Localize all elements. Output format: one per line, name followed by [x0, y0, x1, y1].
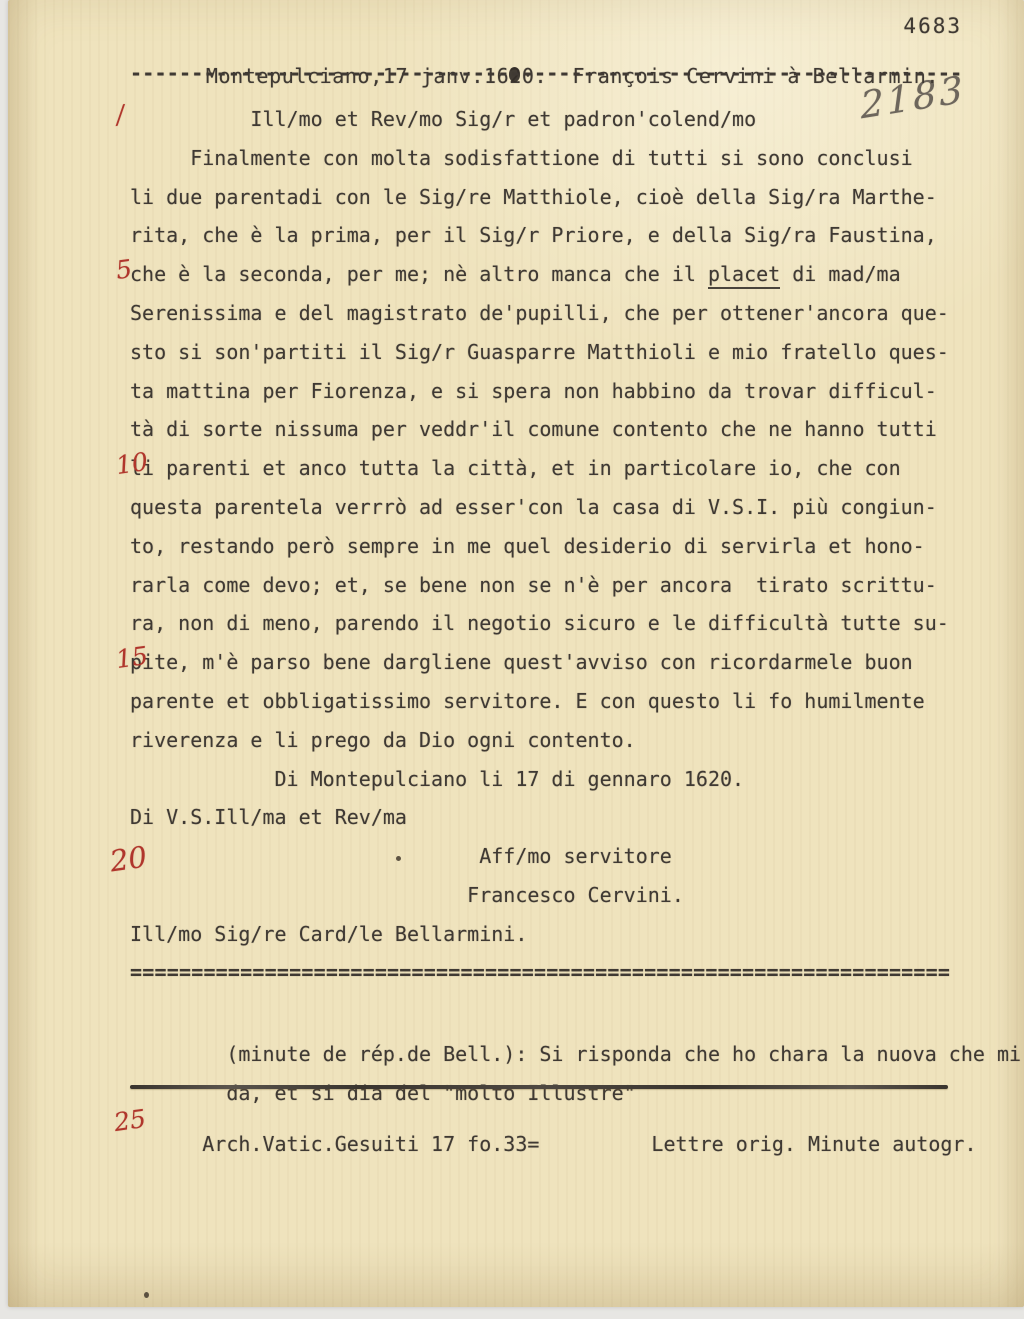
line-text: rita, che è la prima, per il Sig/r Prior…	[130, 223, 937, 247]
letter-line: tà di sorte nissuma per veddr'il comune …	[130, 410, 984, 449]
line-text: Ill/mo et Rev/mo Sig/r et padron'colend/…	[130, 107, 756, 131]
line-text: pite, m'è parso bene dargliene quest'avv…	[130, 650, 913, 674]
line-text: Finalmente con molta sodisfattione di tu…	[130, 146, 913, 170]
line-text: che è la seconda, per me; nè altro manca…	[130, 262, 708, 286]
letter-line: parente et obbligatissimo servitore. E c…	[130, 682, 984, 721]
letter-line: Serenissima e del magistrato de'pupilli,…	[130, 294, 984, 333]
line-text: tà di sorte nissuma per veddr'il comune …	[130, 417, 937, 441]
line-number-marker: /	[114, 102, 126, 128]
line-text: Francesco Cervini.	[130, 883, 684, 907]
letter-line: ra, non di meno, parendo il negotio sicu…	[130, 604, 984, 643]
line-text: Di V.S.Ill/ma et Rev/ma	[130, 805, 407, 829]
line-text: rarla come devo; et, se bene non se n'è …	[130, 573, 937, 597]
line-number-marker: 20	[108, 845, 148, 875]
letter-line: questa parentela verrrò ad esser'con la …	[130, 488, 984, 527]
letter-line: to, restando però sempre in me quel desi…	[130, 527, 984, 566]
letter-line: ta mattina per Fiorenza, e si spera non …	[130, 372, 984, 411]
line-text: li parenti et anco tutta la città, et in…	[130, 456, 901, 480]
minute-line: (minute de rép.de Bell.): Si risponda ch…	[130, 996, 984, 1035]
double-dash-rule: ========================================…	[130, 960, 950, 984]
line-number-marker: 10	[114, 449, 149, 478]
letter-line: sto si son'partiti il Sig/r Guasparre Ma…	[130, 333, 984, 372]
line-text: to, restando però sempre in me quel desi…	[130, 534, 925, 558]
line-text: parente et obbligatissimo servitore. E c…	[130, 689, 925, 713]
line-text: Serenissima e del magistrato de'pupilli,…	[130, 301, 949, 325]
line-text: sto si son'partiti il Sig/r Guasparre Ma…	[130, 340, 949, 364]
scan-background: 4683 2183 Montepulciano,17 janv.1620. Fr…	[0, 0, 1024, 1319]
document-type-note: Lettre orig. Minute autogr.	[651, 1132, 976, 1156]
line-text: Aff/mo servitore	[130, 844, 672, 868]
letter-line: 5che è la seconda, per me; nè altro manc…	[130, 255, 984, 294]
minute-note: (minute de rép.de Bell.): Si risponda ch…	[130, 996, 984, 1074]
line-text: li due parentadi con le Sig/re Matthiole…	[130, 185, 937, 209]
horizontal-rule	[130, 1085, 948, 1089]
letter-line: rita, che è la prima, per il Sig/r Prior…	[130, 216, 984, 255]
source-reference-line: 25Arch.Vatic.Gesuiti 17 fo.33=Lettre ori…	[130, 1108, 977, 1180]
letter-line: Ill/mo Sig/re Card/le Bellarmini.	[130, 915, 984, 954]
line-text: ra, non di meno, parendo il negotio sicu…	[130, 611, 949, 635]
minute-line: da, et si dia del "molto Illustre"	[130, 1035, 984, 1074]
line-number-marker: 25	[112, 1106, 147, 1135]
letter-line: riverenza e li prego da Dio ogni content…	[130, 721, 984, 760]
letter-page: 4683 2183 Montepulciano,17 janv.1620. Fr…	[8, 0, 1024, 1307]
paper-speck	[396, 856, 401, 861]
line-number-marker: 5	[114, 256, 133, 283]
letter-line: li due parentadi con le Sig/re Matthiole…	[130, 178, 984, 217]
letter-line: 15pite, m'è parso bene dargliene quest'a…	[130, 643, 984, 682]
archival-number: 4683	[903, 14, 962, 38]
letter-line: Di Montepulciano li 17 di gennaro 1620.	[130, 760, 984, 799]
letter-line: Francesco Cervini.	[130, 876, 984, 915]
underlined-word: placet	[708, 262, 780, 289]
letter-line: Di V.S.Ill/ma et Rev/ma	[130, 798, 984, 837]
letter-line: 10li parenti et anco tutta la città, et …	[130, 449, 984, 488]
line-text: Di Montepulciano li 17 di gennaro 1620.	[130, 767, 744, 791]
source-reference: Arch.Vatic.Gesuiti 17 fo.33=	[202, 1132, 539, 1156]
line-text: di mad/ma	[780, 262, 900, 286]
letter-body: / Ill/mo et Rev/mo Sig/r et padron'colen…	[130, 100, 984, 954]
letter-line: rarla come devo; et, se bene non se n'è …	[130, 566, 984, 605]
paper-speck	[144, 1292, 149, 1298]
line-text: ta mattina per Fiorenza, e si spera non …	[130, 379, 937, 403]
letter-line: / Ill/mo et Rev/mo Sig/r et padron'colen…	[130, 100, 984, 139]
line-text: riverenza e li prego da Dio ogni content…	[130, 728, 636, 752]
letter-line: 20 Aff/mo servitore	[130, 837, 984, 876]
line-text: questa parentela verrrò ad esser'con la …	[130, 495, 937, 519]
line-number-marker: 15	[114, 643, 149, 672]
line-text: Ill/mo Sig/re Card/le Bellarmini.	[130, 922, 527, 946]
dashed-rule: ----------------------------------------…	[130, 61, 962, 85]
letter-line: Finalmente con molta sodisfattione di tu…	[130, 139, 984, 178]
